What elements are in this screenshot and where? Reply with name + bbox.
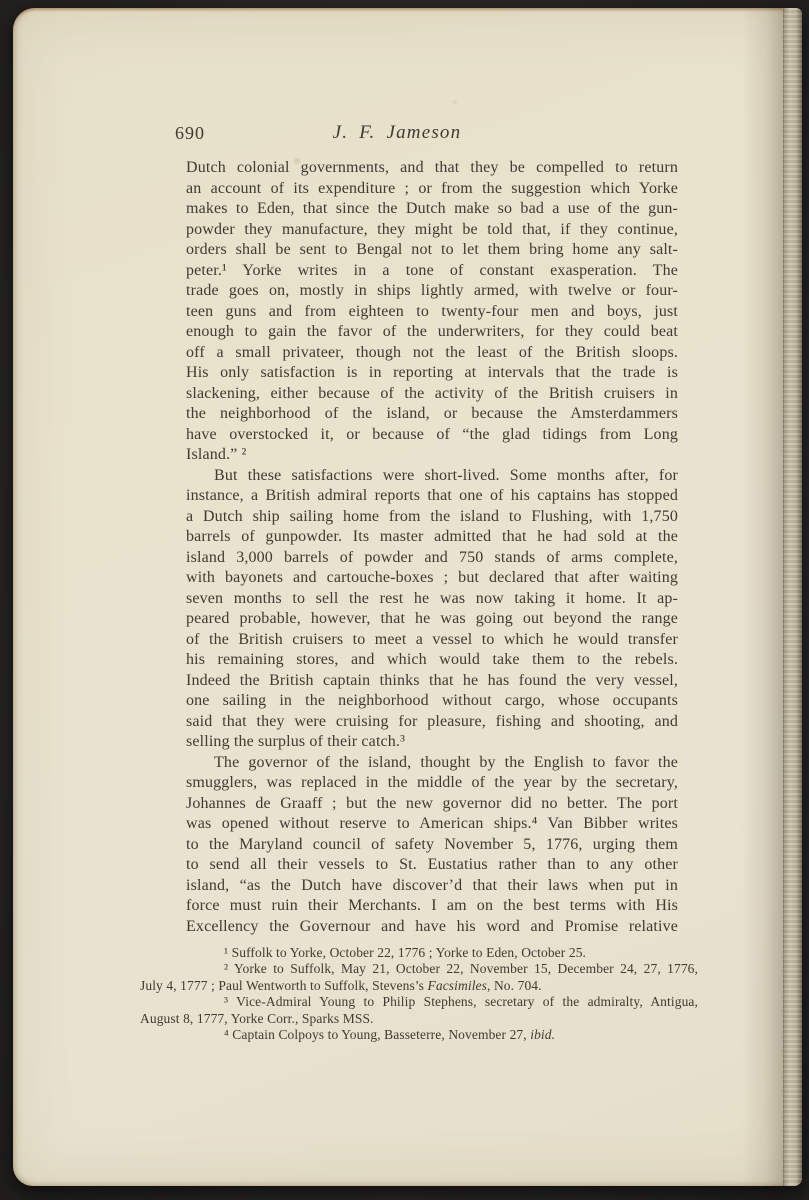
text-line: was opened without reserve to American s… [186, 815, 678, 836]
footnote-text: July 4, 1777 ; Paul Wentworth to Suffolk… [140, 978, 428, 993]
text-line: island 3,000 barrels of powder and 750 s… [186, 549, 678, 570]
paragraph: The governor of the island, thought by t… [186, 754, 678, 939]
footnote-line: ² Yorke to Suffolk, May 21, October 22, … [140, 961, 698, 977]
text-line: to the Maryland council of safety Novemb… [186, 836, 678, 857]
scan-backdrop: 690 J. F. Jameson Dutch colonial governm… [0, 0, 809, 1200]
text-line: makes to Eden, that since the Dutch make… [186, 200, 678, 221]
text-line: to send all their vessels to St. Eustati… [186, 856, 678, 877]
text-line: of the British cruisers to meet a vessel… [186, 631, 678, 652]
text-line: a Dutch ship sailing home from the islan… [186, 508, 678, 529]
text-line: selling the surplus of their catch.³ [186, 733, 678, 754]
book-page: 690 J. F. Jameson Dutch colonial governm… [13, 8, 802, 1186]
page-content: 690 J. F. Jameson Dutch colonial governm… [13, 8, 802, 1186]
footnote-line: ⁴ Captain Colpoys to Young, Basseterre, … [140, 1027, 698, 1043]
footnotes-section: ¹ Suffolk to Yorke, October 22, 1776 ; Y… [140, 945, 698, 1043]
footnote-line: August 8, 1777, Yorke Corr., Sparks MSS. [140, 1011, 698, 1027]
text-line: one sailing in the neighborhood without … [186, 692, 678, 713]
text-line: trade goes on, mostly in ships lightly a… [186, 282, 678, 303]
text-line: have overstocked it, or because of “the … [186, 426, 678, 447]
footnote: ² Yorke to Suffolk, May 21, October 22, … [140, 961, 698, 994]
footnote-line: ³ Vice-Admiral Young to Philip Stephens,… [140, 994, 698, 1010]
footnote-line: ¹ Suffolk to Yorke, October 22, 1776 ; Y… [140, 945, 698, 961]
text-line: Dutch colonial governments, and that the… [186, 159, 678, 180]
text-line: force must ruin their Merchants. I am on… [186, 897, 678, 918]
text-line: peter.¹ Yorke writes in a tone of consta… [186, 262, 678, 283]
text-line: His only satisfaction is in reporting at… [186, 364, 678, 385]
text-line: barrels of gunpowder. Its master admitte… [186, 528, 678, 549]
text-line: peared probable, however, that he was go… [186, 610, 678, 631]
text-line: slackening, either because of the activi… [186, 385, 678, 406]
text-line: island, “as the Dutch have discover’d th… [186, 877, 678, 898]
text-line: his remaining stores, and which would ta… [186, 651, 678, 672]
text-line: enough to gain the favor of the underwri… [186, 323, 678, 344]
footnote: ⁴ Captain Colpoys to Young, Basseterre, … [140, 1027, 698, 1043]
text-line: teen guns and from eighteen to twenty-fo… [186, 303, 678, 324]
footnote-text: , No. 704. [487, 978, 542, 993]
page-header: 690 J. F. Jameson [173, 120, 665, 146]
text-line: smugglers, was replaced in the middle of… [186, 774, 678, 795]
text-line: powder they manufacture, they might be t… [186, 221, 678, 242]
text-line: off a small privateer, though not the le… [186, 344, 678, 365]
text-line: with bayonets and cartouche-boxes ; but … [186, 569, 678, 590]
text-line: Excellency the Governour and have his wo… [186, 918, 678, 939]
footnote: ³ Vice-Admiral Young to Philip Stephens,… [140, 994, 698, 1027]
text-line: seven months to sell the rest he was now… [186, 590, 678, 611]
text-line: Indeed the British captain thinks that h… [186, 672, 678, 693]
text-line: an account of its expenditure ; or from … [186, 180, 678, 201]
text-line: The governor of the island, thought by t… [186, 754, 678, 775]
text-line: the neighborhood of the island, or becau… [186, 405, 678, 426]
text-line: orders shall be sent to Bengal not to le… [186, 241, 678, 262]
text-line: said that they were cruising for pleasur… [186, 713, 678, 734]
footnote-italic-title: Facsimiles [428, 978, 488, 993]
footnote-italic-ibid: ibid. [530, 1027, 555, 1042]
footnote-text: ⁴ Captain Colpoys to Young, Basseterre, … [224, 1027, 530, 1042]
text-line: Island.” ² [186, 446, 678, 467]
text-line: Johannes de Graaff ; but the new governo… [186, 795, 678, 816]
text-line: instance, a British admiral reports that… [186, 487, 678, 508]
running-head: J. F. Jameson [151, 122, 643, 144]
footnote-line: July 4, 1777 ; Paul Wentworth to Suffolk… [140, 978, 698, 994]
body-text: Dutch colonial governments, and that the… [186, 159, 678, 938]
text-line: But these satisfactions were short-lived… [186, 467, 678, 488]
paragraph: Dutch colonial governments, and that the… [186, 159, 678, 467]
paragraph: But these satisfactions were short-lived… [186, 467, 678, 754]
footnote: ¹ Suffolk to Yorke, October 22, 1776 ; Y… [140, 945, 698, 961]
